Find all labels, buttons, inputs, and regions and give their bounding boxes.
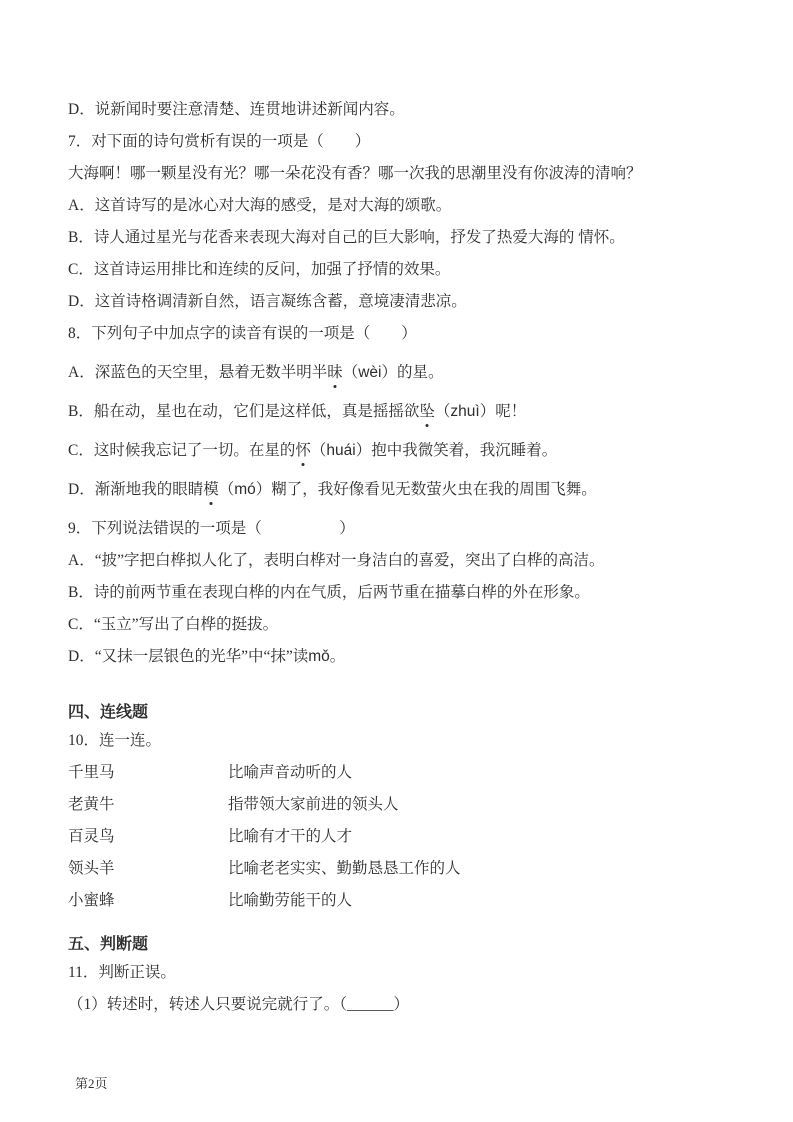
pinyin-text: wèi (358, 364, 381, 381)
emphasized-char: 坠 (419, 402, 435, 422)
page-content: D．说新闻时要注意清楚、连贯地讲述新闻内容。 7．对下面的诗句赏析有误的一项是（… (68, 100, 748, 1027)
match-left-item: 领头羊 (68, 859, 228, 879)
text-segment: （ (311, 442, 327, 459)
q7-option-d: D．这首诗格调清新自然，语言凝练含蓄，意境凄清悲凉。 (68, 292, 748, 312)
q7-option-a: A．这首诗写的是冰心对大海的感受，是对大海的颂歌。 (68, 196, 748, 216)
q9-option-c: C．“玉立”写出了白桦的挺拔。 (68, 615, 748, 635)
q9-option-d: D．“又抹一层银色的光华”中“抹”读mǒ。 (68, 647, 748, 667)
q10-matching-table: 千里马 比喻声音动听的人 老黄牛 指带领大家前进的领头人 百灵鸟 比喻有才干的人… (68, 763, 748, 911)
match-right-item: 比喻勤劳能干的人 (228, 891, 748, 911)
q11-item-1: （1）转述时，转述人只要说完就行了。（______） (68, 995, 748, 1015)
q7-stem: 7．对下面的诗句赏析有误的一项是（ ） (68, 132, 748, 152)
text-segment: ）糊了，我好像看见无数萤火虫在我的周围飞舞。 (256, 481, 597, 498)
q7-option-c: C．这首诗运用排比和连续的反问，加强了抒情的效果。 (68, 260, 748, 280)
text-segment: （ (219, 481, 235, 498)
text-segment: A．深蓝色的天空里，悬着无数半明半 (68, 364, 327, 381)
match-left-item: 千里马 (68, 763, 228, 783)
q8-stem: 8．下列句子中加点字的读音有误的一项是（ ） (68, 324, 748, 344)
q9-option-a: A．“披”字把白桦拟人化了，表明白桦对一身洁白的喜爱，突出了白桦的高洁。 (68, 551, 748, 571)
match-right-item: 指带领大家前进的领头人 (228, 795, 748, 815)
pinyin-text: huái (326, 442, 355, 459)
text-segment: （ (343, 364, 359, 381)
match-row: 百灵鸟 比喻有才干的人才 (68, 827, 748, 847)
text-segment: D．“又抹一层银色的光华”中“抹”读 (68, 648, 308, 665)
match-right-item: 比喻老老实实、勤勤恳恳工作的人 (228, 859, 748, 879)
pinyin-text: zhuì (450, 403, 479, 420)
text-segment: 。 (330, 648, 346, 665)
text-segment: D．渐渐地我的眼睛 (68, 481, 203, 498)
text-segment: ）呢！ (480, 403, 527, 420)
match-left-item: 百灵鸟 (68, 827, 228, 847)
text-segment: B．诗的前两节重在表现白桦的内在气质，后两节重在描摹白桦的外在形象。 (68, 584, 590, 601)
section4-title: 四、连线题 (68, 703, 748, 723)
text-segment: C．这时候我忘记了一切。在星的 (68, 442, 295, 459)
q8-option-d: D．渐渐地我的眼睛模（mó）糊了，我好像看见无数萤火虫在我的周围飞舞。 (68, 480, 748, 500)
text-segment: （ (435, 403, 451, 420)
pinyin-text: mǒ (308, 648, 330, 665)
match-row: 小蜜蜂 比喻勤劳能干的人 (68, 891, 748, 911)
emphasized-char: 昧 (327, 363, 343, 383)
match-left-item: 小蜜蜂 (68, 891, 228, 911)
q6-option-d: D．说新闻时要注意清楚、连贯地讲述新闻内容。 (68, 100, 748, 120)
q8-option-a: A．深蓝色的天空里，悬着无数半明半昧（wèi）的星。 (68, 363, 748, 383)
text-segment: ）的星。 (382, 364, 444, 381)
q7-passage: 大海啊！哪一颗星没有光？哪一朵花没有香？哪一次我的思潮里没有你波涛的清响？ (68, 164, 748, 184)
text-segment: ）抱中我微笑着，我沉睡着。 (356, 442, 558, 459)
match-row: 千里马 比喻声音动听的人 (68, 763, 748, 783)
q8-option-c: C．这时候我忘记了一切。在星的怀（huái）抱中我微笑着，我沉睡着。 (68, 441, 748, 461)
q8-option-b: B．船在动，星也在动，它们是这样低，真是摇摇欲坠（zhuì）呢！ (68, 402, 748, 422)
pinyin-text: mó (234, 481, 256, 498)
page-number: 第2页 (75, 1076, 108, 1092)
q7-option-b: B．诗人通过星光与花香来表现大海对自己的巨大影响，抒发了热爱大海的 情怀。 (68, 228, 748, 248)
text-segment: B．船在动，星也在动，它们是这样低，真是摇摇欲 (68, 403, 419, 420)
section5-title: 五、判断题 (68, 935, 748, 955)
exam-document-page: D．说新闻时要注意清楚、连贯地讲述新闻内容。 7．对下面的诗句赏析有误的一项是（… (0, 0, 793, 1122)
match-row: 领头羊 比喻老老实实、勤勤恳恳工作的人 (68, 859, 748, 879)
q9-stem: 9．下列说法错误的一项是（ ） (68, 519, 748, 539)
text-segment: A．“披”字把白桦拟人化了，表明白桦对一身洁白的喜爱，突出了白桦的高洁。 (68, 552, 604, 569)
match-left-item: 老黄牛 (68, 795, 228, 815)
q10-stem: 10．连一连。 (68, 731, 748, 751)
q9-option-b: B．诗的前两节重在表现白桦的内在气质，后两节重在描摹白桦的外在形象。 (68, 583, 748, 603)
match-right-item: 比喻声音动听的人 (228, 763, 748, 783)
q11-stem: 11．判断正误。 (68, 963, 748, 983)
match-right-item: 比喻有才干的人才 (228, 827, 748, 847)
match-row: 老黄牛 指带领大家前进的领头人 (68, 795, 748, 815)
emphasized-char: 模 (203, 480, 219, 500)
text-segment: C．“玉立”写出了白桦的挺拔。 (68, 616, 278, 633)
emphasized-char: 怀 (295, 441, 311, 461)
